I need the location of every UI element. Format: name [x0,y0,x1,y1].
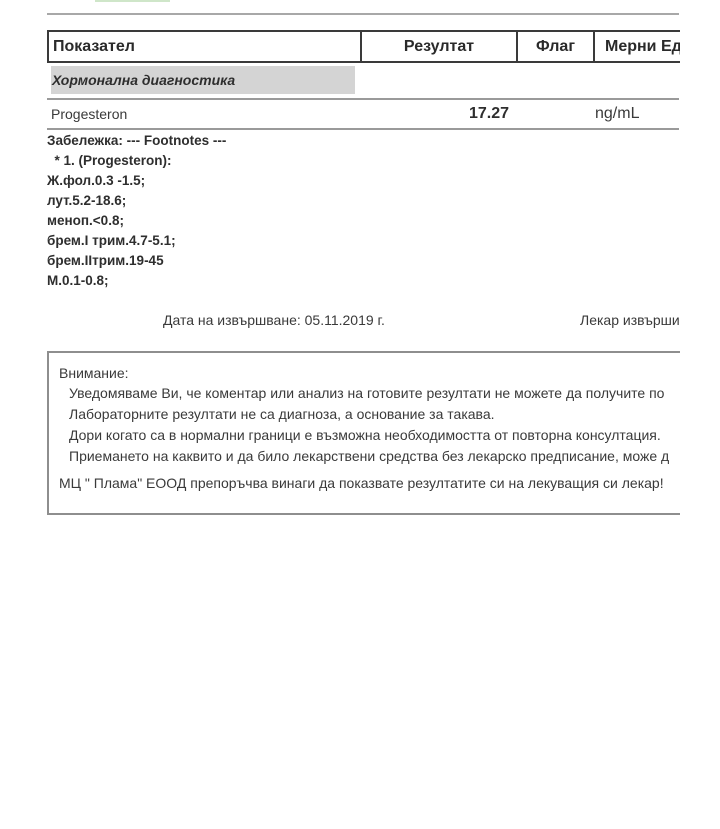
page-edge-crop [680,0,720,829]
notice-line: Уведомяваме Ви, че коментар или анализ н… [69,385,664,401]
reference-range: Ж.фол.0.3 -1.5; [47,171,226,191]
test-result: 17.27 [437,100,541,128]
column-header-flag: Флаг [516,32,593,61]
execution-date: Дата на извършване: 05.11.2019 г. [163,312,385,328]
column-header-indicator: Показател [53,32,359,61]
reference-range: М.0.1-0.8; [47,271,226,291]
test-group-label: Хормонална диагностика [51,66,355,94]
reference-range: брем.I трим.4.7-5.1; [47,231,226,251]
footnotes: Забележка: --- Footnotes --- * 1. (Proge… [47,131,226,291]
notice-title: Внимание: [59,365,129,381]
executing-doctor: Лекар извърши [580,312,680,328]
table-header: Показател Резултат Флаг Мерни Ед [47,30,687,63]
test-units: ng/mL [595,100,639,128]
notice-line: Лабораторните резултати не са диагноза, … [69,406,495,422]
column-header-units: Мерни Ед [593,32,693,61]
test-name: Progesteron [51,100,127,128]
footnotes-title: Забележка: --- Footnotes --- [47,131,226,151]
reference-range: брем.IIтрим.19-45 [47,251,226,271]
row-divider [47,128,679,130]
header-divider [47,13,679,15]
notice-line: Дори когато са в нормални граници е възм… [69,427,661,443]
table-row: Progesteron 17.27 ng/mL [47,100,679,128]
logo-fragment [95,0,170,2]
column-header-result: Резултат [360,32,516,61]
reference-range: меноп.<0.8; [47,211,226,231]
footnote-reference: * 1. (Progesteron): [47,151,226,171]
notice-footer: МЦ " Плама" ЕООД препоръчва винаги да по… [59,475,664,491]
notice-line: Приемането на каквито и да било лекарств… [69,448,669,464]
notice-box: Внимание: Уведомяваме Ви, че коментар ил… [47,351,687,515]
reference-range: лут.5.2-18.6; [47,191,226,211]
